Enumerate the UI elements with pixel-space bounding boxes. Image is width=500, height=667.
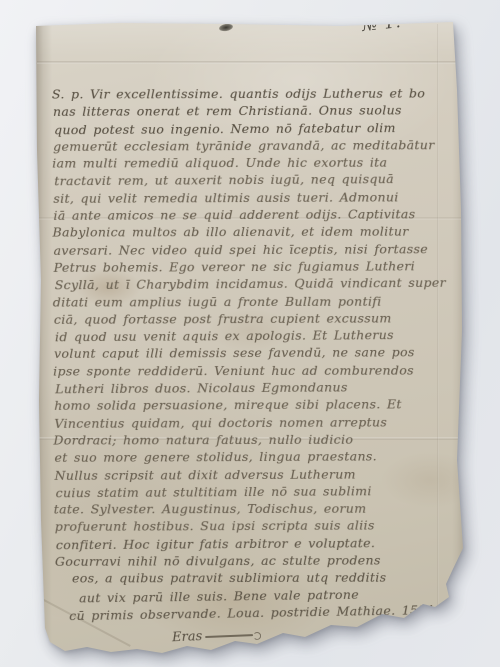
manuscript-line: iā ante amicos ne se quid adderent odijs… xyxy=(53,206,453,225)
manuscript-line: Dordraci; homo natura fatuus, nullo iudi… xyxy=(53,431,453,449)
manuscript-paper: № 1. S. p. Vir excellentissime. quantis … xyxy=(0,0,500,667)
manuscript-line: tractavit rem, ut auxerit nobis iugū, ne… xyxy=(54,171,454,191)
manuscript-line: volunt caput illi demissis sese favendū,… xyxy=(54,345,454,364)
manuscript-line: ditati eum amplius iugū a fronte Bullam … xyxy=(53,293,453,311)
manuscript-line: Nullus scripsit aut dixit adversus Luthe… xyxy=(54,466,454,485)
fold-crease xyxy=(37,61,462,64)
letter-body: S. p. Vir excellentissime. quantis odijs… xyxy=(53,85,455,623)
manuscript-line: aversari. Nec video quid spei hic īcepti… xyxy=(54,241,454,260)
manuscript-line: Gocurravi nihil nō divulgans, ac stulte … xyxy=(55,552,455,571)
photo-background: № 1. S. p. Vir excellentissime. quantis … xyxy=(0,0,500,667)
manuscript-line: ipse sponte reddiderū. Veniunt huc ad co… xyxy=(53,362,453,380)
paper-left-edge-shadow xyxy=(36,23,52,653)
manuscript-line: profuerunt hostibus. Sua ipsi scripta su… xyxy=(55,518,455,537)
signature-block: Eras xyxy=(54,621,454,643)
manuscript-line: sit, qui velit remedia ultimis ausis tue… xyxy=(53,189,453,208)
manuscript-line: id quod usu venit aquis ex apologis. Et … xyxy=(55,327,455,347)
paper-shadow-wrap: № 1. S. p. Vir excellentissime. quantis … xyxy=(0,0,500,667)
signature-text: Eras xyxy=(172,629,203,645)
signature-flourish xyxy=(205,634,253,638)
manuscript-line: et suo more genere stolidus, lingua prae… xyxy=(54,448,454,467)
manuscript-line: Babylonica multos ab illo alienavit, et … xyxy=(52,224,452,242)
signature-row: Eras xyxy=(172,619,454,645)
manuscript-line: confiteri. Hoc igitur fatis arbitror e v… xyxy=(56,534,456,554)
manuscript-line: cuius statim aut stultitiam ille nō sua … xyxy=(56,483,456,503)
manuscript-line: S. p. Vir excellentissime. quantis odijs… xyxy=(52,85,452,103)
manuscript-line: quod potest suo ingenio. Nemo nō fatebat… xyxy=(54,119,454,139)
manuscript-line: Lutheri libros duos. Nicolaus Egmondanus xyxy=(55,379,455,399)
manuscript-line: gemuerūt ecclesiam tyrānide gravandā, ac… xyxy=(53,137,453,156)
manuscript-line: tate. Sylvester. Augustinus, Todischus, … xyxy=(54,501,454,519)
manuscript-line: nas litteras onerat et rem Christianā. O… xyxy=(53,102,453,121)
manuscript-line: Vincentius quidam, qui doctoris nomen ar… xyxy=(54,414,454,433)
manuscript-line: Scyllā, ut ī Charybdim incidamus. Quidā … xyxy=(55,275,455,295)
manuscript-line: homo solida persuasione, mireque sibi pl… xyxy=(54,396,454,415)
